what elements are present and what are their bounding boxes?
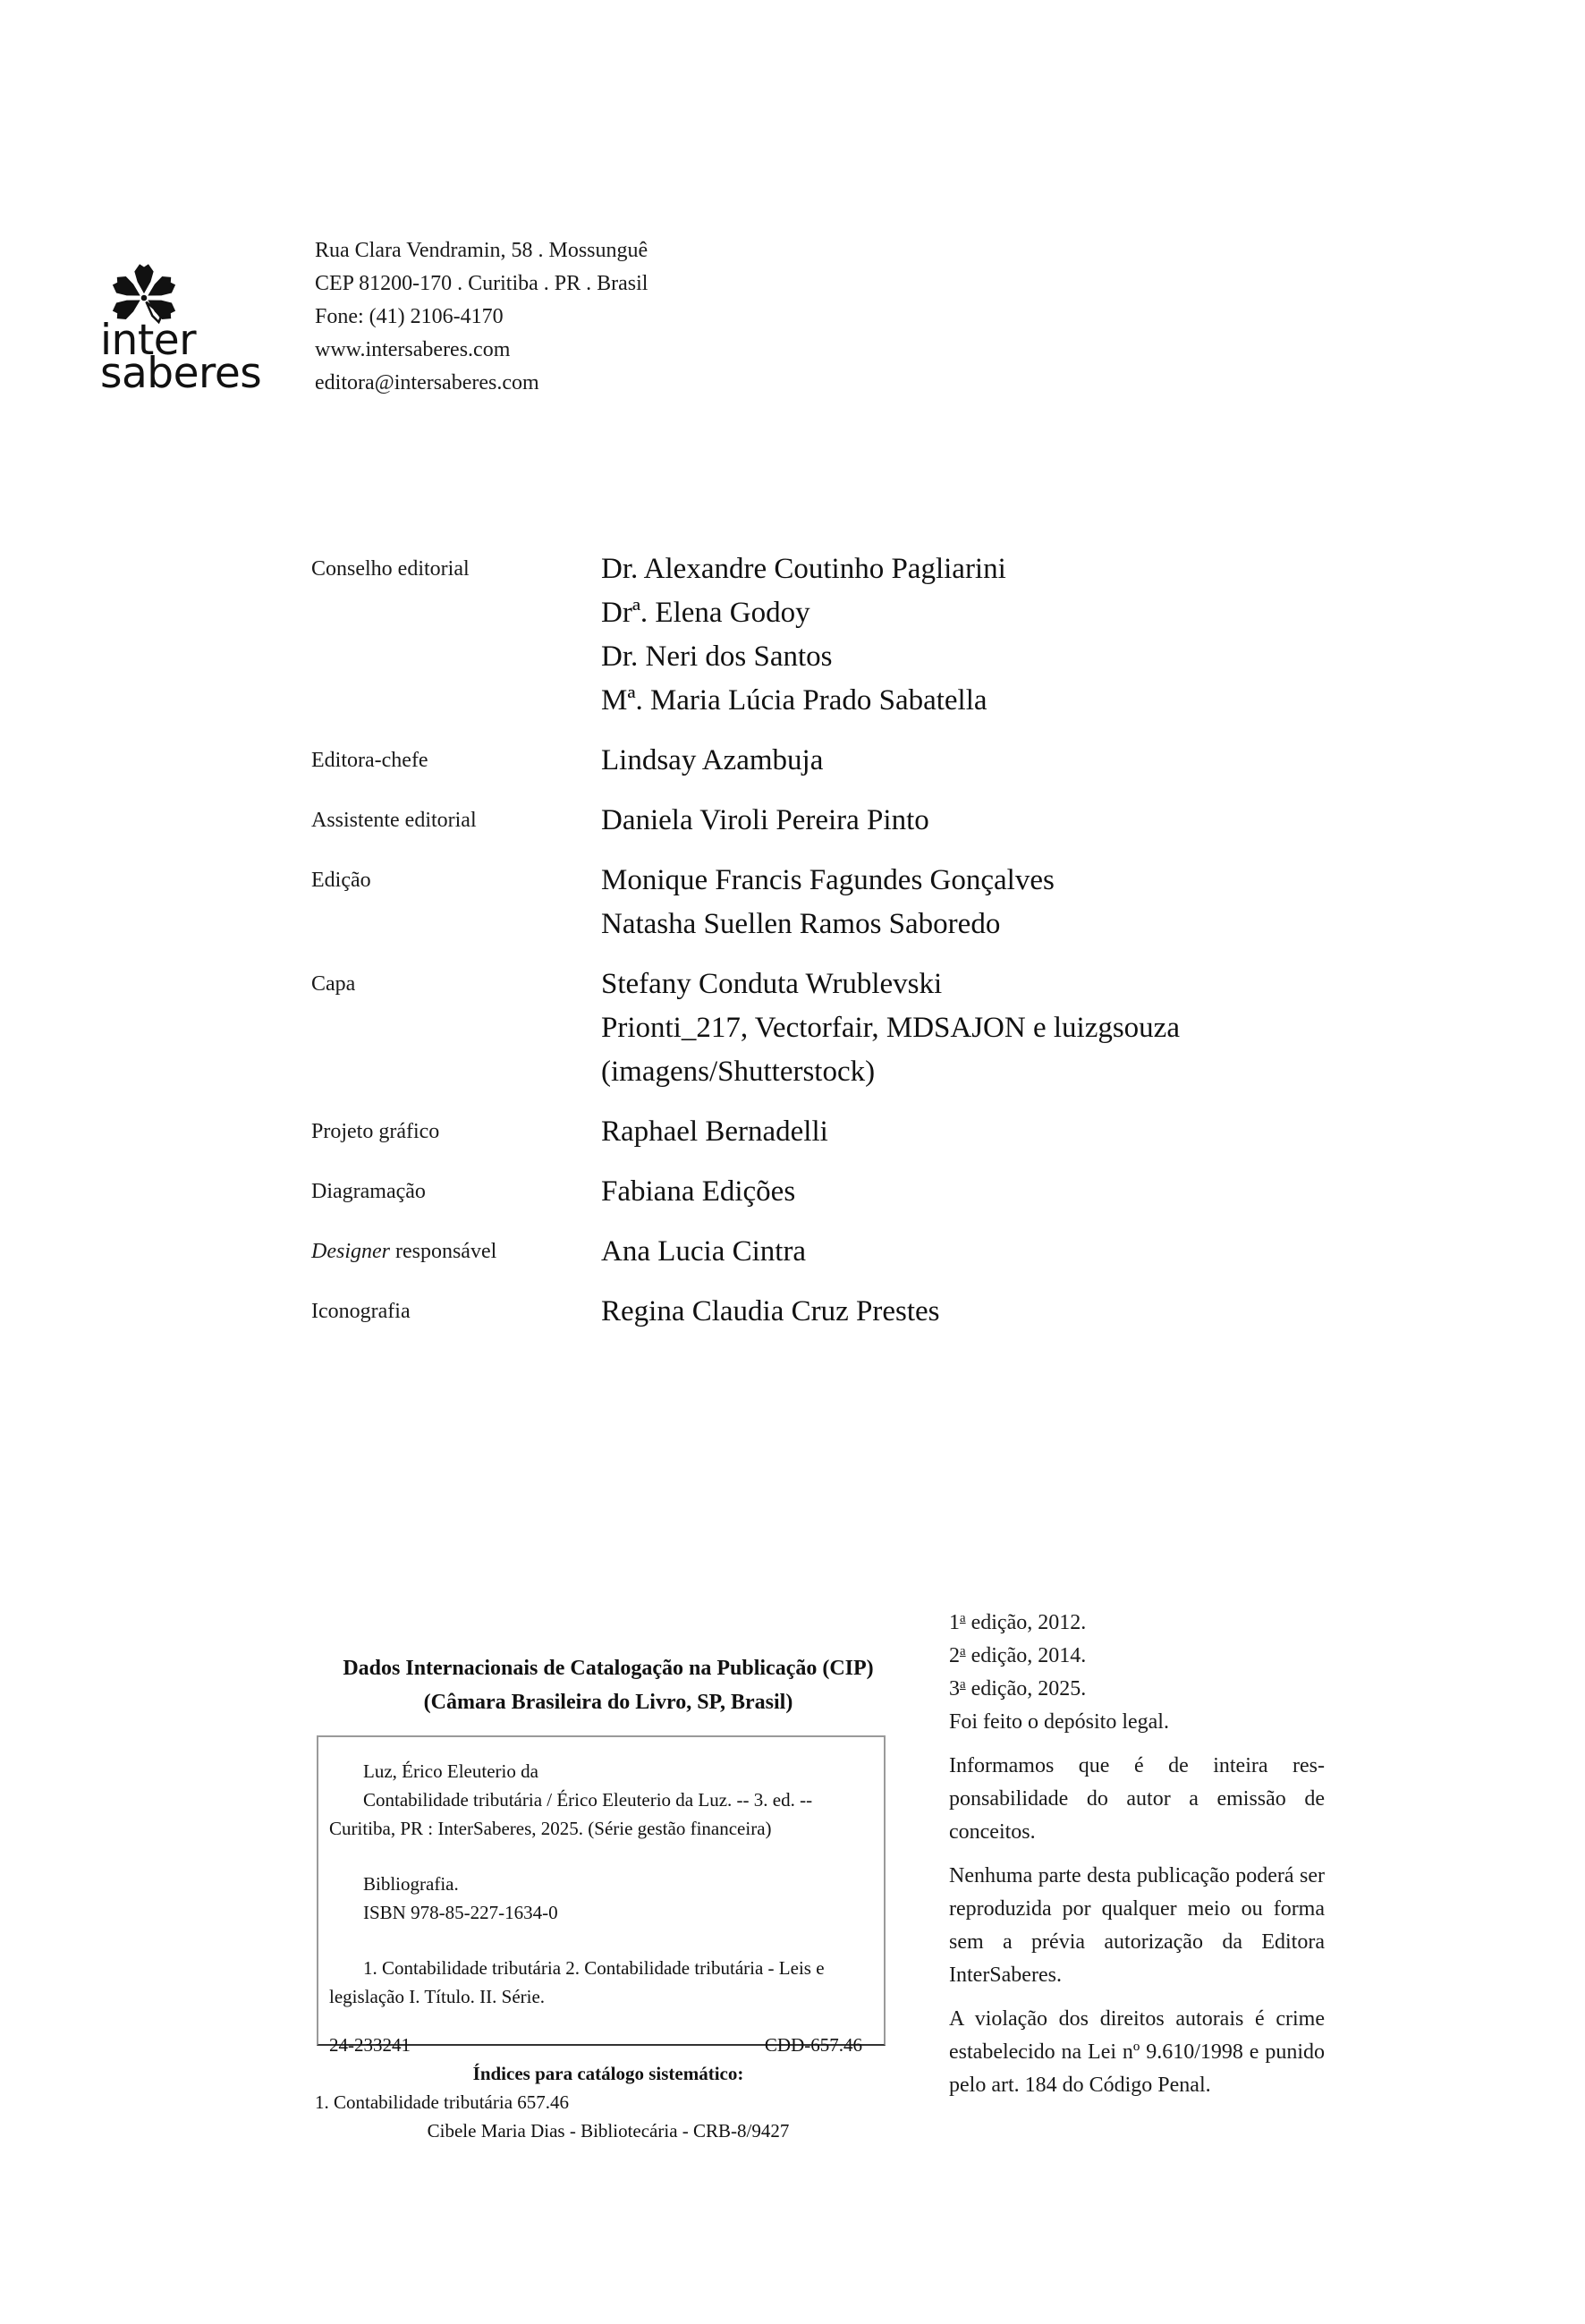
credit-label-text: responsável (390, 1240, 496, 1263)
cip-cdd: CDD-657.46 (765, 2031, 862, 2059)
edition-ordinal: a (960, 1611, 966, 1625)
cip-catalog-card: Luz, Érico Eleuterio da Contabilidade tr… (317, 1735, 886, 2046)
edition-text: edição, 2025. (966, 1677, 1087, 1701)
cip-title-line-1: Dados Internacionais de Catalogação na P… (304, 1651, 912, 1685)
credit-label: Projeto gráfico (311, 1110, 601, 1154)
edition-text: edição, 2012. (966, 1611, 1087, 1634)
cip-title-line-2: (Câmara Brasileira do Livro, SP, Brasil) (304, 1685, 912, 1719)
edition-number: 1 (949, 1611, 960, 1634)
edition-list: 1a edição, 2012.2a edição, 2014.3a ediçã… (949, 1607, 1325, 1706)
credit-name: Dr. Neri dos Santos (601, 635, 1006, 679)
cip-title-entry: Contabilidade tributária / Érico Eleuter… (329, 1785, 873, 1843)
edition-text: edição, 2014. (966, 1644, 1087, 1667)
credit-names: Raphael Bernadelli (601, 1110, 828, 1154)
credit-name: Ana Lucia Cintra (601, 1230, 806, 1274)
credit-names: Stefany Conduta WrublevskiPrionti_217, V… (601, 963, 1180, 1094)
edition-ordinal: a (960, 1644, 966, 1658)
cip-control-number: 24-233241 (329, 2031, 411, 2059)
credit-name: Prionti_217, Vectorfair, MDSAJON e luizg… (601, 1006, 1180, 1050)
credit-name: Raphael Bernadelli (601, 1110, 828, 1154)
credit-row: Projeto gráficoRaphael Bernadelli (311, 1110, 1295, 1154)
cip-subjects: 1. Contabilidade tributária 2. Contabili… (329, 1954, 873, 2011)
credit-row: Conselho editorialDr. Alexandre Coutinho… (311, 547, 1295, 723)
cip-heading: Dados Internacionais de Catalogação na P… (304, 1651, 912, 1719)
address-email[interactable]: editora@intersaberes.com (315, 367, 648, 400)
credit-name: Lindsay Azambuja (601, 739, 823, 783)
address-street: Rua Clara Vendramin, 58 . Mossunguê (315, 234, 648, 267)
cip-author: Luz, Érico Eleuterio da (329, 1757, 873, 1785)
credit-row: Editora-chefeLindsay Azambuja (311, 739, 1295, 783)
credit-names: Daniela Viroli Pereira Pinto (601, 799, 929, 843)
edition-info: 1a edição, 2012.2a edição, 2014.3a ediçã… (949, 1607, 1325, 2102)
credit-row: IconografiaRegina Claudia Cruz Prestes (311, 1290, 1295, 1334)
credit-row: CapaStefany Conduta WrublevskiPrionti_21… (311, 963, 1295, 1094)
credit-row: Designer responsávelAna Lucia Cintra (311, 1230, 1295, 1274)
credit-label-italic: Designer (311, 1240, 390, 1263)
cip-footer: 24-233241 CDD-657.46 (329, 2031, 873, 2059)
cip-bibliography: Bibliografia. (329, 1870, 873, 1898)
cip-librarian: Cibele Maria Dias - Bibliotecária - CRB-… (304, 2116, 912, 2145)
legal-deposit: Foi feito o depósito legal. (949, 1706, 1325, 1739)
address-website[interactable]: www.intersaberes.com (315, 334, 648, 367)
credit-names: Fabiana Edições (601, 1170, 795, 1214)
credit-name: Drª. Elena Godoy (601, 591, 1006, 635)
logo-wordmark: inter saberes (100, 324, 261, 390)
credit-name: Regina Claudia Cruz Prestes (601, 1290, 940, 1334)
address-city: CEP 81200-170 . Curitiba . PR . Brasil (315, 267, 648, 301)
credit-label: Iconografia (311, 1290, 601, 1334)
credit-label: Edição (311, 859, 601, 946)
credit-label: Assistente editorial (311, 799, 601, 843)
credit-name: (imagens/Shutterstock) (601, 1050, 1180, 1094)
editorial-credits: Conselho editorialDr. Alexandre Coutinho… (311, 547, 1295, 1350)
credit-name: Natasha Suellen Ramos Saboredo (601, 903, 1055, 946)
credit-label: Conselho editorial (311, 547, 601, 723)
credit-row: Assistente editorialDaniela Viroli Perei… (311, 799, 1295, 843)
cip-index-title: Índices para catálogo sistemático: (304, 2059, 912, 2088)
credit-name: Monique Francis Fagundes Gonçalves (601, 859, 1055, 903)
credit-names: Monique Francis Fagundes GonçalvesNatash… (601, 859, 1055, 946)
credit-label: Designer responsável (311, 1230, 601, 1274)
credit-name: Mª. Maria Lúcia Prado Sabatella (601, 679, 1006, 723)
reproduction-notice: Nenhuma parte desta publicação poderá se… (949, 1860, 1325, 1992)
edition-ordinal: a (960, 1677, 966, 1692)
cip-isbn: ISBN 978-85-227-1634-0 (329, 1898, 873, 1927)
credit-label: Capa (311, 963, 601, 1094)
credit-name: Stefany Conduta Wrublevski (601, 963, 1180, 1006)
responsibility-notice: Informamos que é de inteira res­ponsabil… (949, 1750, 1325, 1849)
credit-name: Fabiana Edições (601, 1170, 795, 1214)
publisher-logo: inter saberes (100, 261, 270, 395)
credit-names: Lindsay Azambuja (601, 739, 823, 783)
edition-number: 3 (949, 1677, 960, 1701)
credit-name: Daniela Viroli Pereira Pinto (601, 799, 929, 843)
credit-names: Regina Claudia Cruz Prestes (601, 1290, 940, 1334)
edition-number: 2 (949, 1644, 960, 1667)
edition-line: 3a edição, 2025. (949, 1673, 1325, 1706)
edition-line: 2a edição, 2014. (949, 1640, 1325, 1673)
credit-label: Diagramação (311, 1170, 601, 1214)
publisher-address: Rua Clara Vendramin, 58 . Mossunguê CEP … (315, 234, 648, 400)
credit-label: Editora-chefe (311, 739, 601, 783)
credit-name: Dr. Alexandre Coutinho Pagliarini (601, 547, 1006, 591)
credit-names: Ana Lucia Cintra (601, 1230, 806, 1274)
credit-row: DiagramaçãoFabiana Edições (311, 1170, 1295, 1214)
wordmark-line-2: saberes (100, 357, 261, 390)
edition-line: 1a edição, 2012. (949, 1607, 1325, 1640)
copyright-notice: A violação dos direitos autorais é crime… (949, 2003, 1325, 2102)
credit-row: EdiçãoMonique Francis Fagundes Gonçalves… (311, 859, 1295, 946)
cip-index-item: 1. Contabilidade tributária 657.46 (315, 2088, 569, 2116)
credit-names: Dr. Alexandre Coutinho PagliariniDrª. El… (601, 547, 1006, 723)
address-phone: Fone: (41) 2106-4170 (315, 301, 648, 334)
